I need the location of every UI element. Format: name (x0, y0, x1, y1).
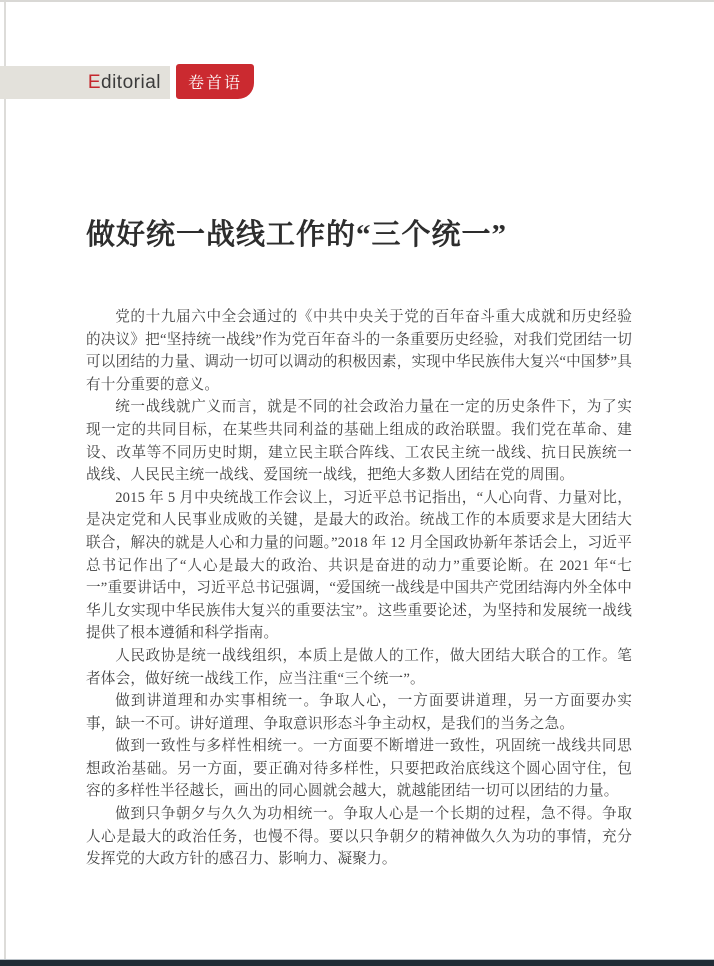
article-paragraph: 做到只争朝夕与久久为功相统一。争取人心是一个长期的过程，急不得。争取人心是最大的… (86, 803, 632, 871)
page-bottom-bar (0, 959, 714, 966)
section-title-initial: E (88, 72, 101, 93)
magazine-page: Editorial 卷首语 做好统一战线工作的“三个统一” 党的十九届六中全会通… (0, 0, 714, 966)
article-paragraph: 做到一致性与多样性相统一。一方面要不断增进一致性，巩固统一战线共同思想政治基础。… (86, 735, 632, 803)
page-top-edge (0, 0, 714, 2)
page-left-edge (4, 2, 6, 959)
section-header-bar: Editorial (0, 66, 170, 99)
section-tag-label: 卷首语 (188, 70, 242, 93)
section-title-rest: ditorial (101, 72, 161, 93)
article-title: 做好统一战线工作的“三个统一” (86, 212, 654, 253)
article-paragraph: 做到讲道理和办实事相统一。争取人心，一方面要讲道理，另一方面要办实事，缺一不可。… (86, 690, 632, 735)
article-paragraph: 统一战线就广义而言，就是不同的社会政治力量在一定的历史条件下，为了实现一定的共同… (86, 396, 632, 486)
section-title-english: Editorial (88, 72, 161, 94)
article-paragraph: 人民政协是统一战线组织，本质上是做人的工作，做大团结大联合的工作。笔者体会，做好… (86, 645, 632, 690)
article-body: 党的十九届六中全会通过的《中共中央关于党的百年奋斗重大成就和历史经验的决议》把“… (86, 306, 632, 871)
article-paragraph: 党的十九届六中全会通过的《中共中央关于党的百年奋斗重大成就和历史经验的决议》把“… (86, 306, 632, 396)
section-tag-chinese: 卷首语 (176, 64, 254, 99)
article-paragraph: 2015 年 5 月中央统战工作会议上，习近平总书记指出，“人心向背、力量对比，… (86, 487, 632, 645)
